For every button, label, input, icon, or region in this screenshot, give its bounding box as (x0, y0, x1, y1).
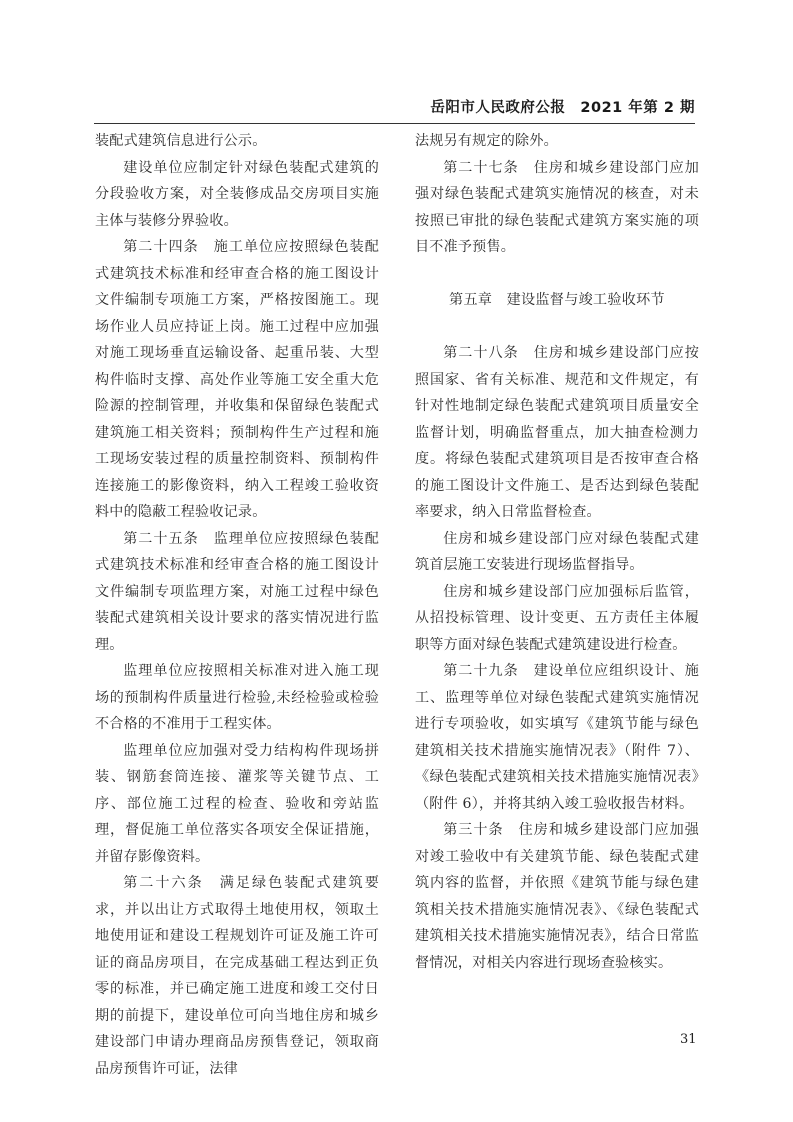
paragraph: 住房和城乡建设部门应加强标后监管，从招投标管理、设计变更、五方责任主体履职等方面… (415, 579, 699, 659)
chapter-heading: 第五章 建设监督与竣工验收环节 (415, 287, 699, 314)
paragraph: 住房和城乡建设部门应对绿色装配式建筑首层施工安装进行现场监督指导。 (415, 526, 699, 579)
paragraph: 法规另有规定的除外。 (415, 128, 699, 155)
article-26: 第二十六条 满足绿色装配式建筑要求，并以出让方式取得土地使用权，领取土地使用证和… (95, 870, 379, 1082)
paragraph: 监理单位应加强对受力结构构件现场拼装、钢筋套筒连接、灌浆等关键节点、工序、部位施… (95, 738, 379, 871)
header-rule (94, 123, 695, 124)
article-24: 第二十四条 施工单位应按照绿色装配式建筑技术标准和经审查合格的施工图设计文件编制… (95, 234, 379, 526)
left-column: 装配式建筑信息进行公示。 建设单位应制定针对绿色装配式建筑的分段验收方案，对全装… (95, 128, 379, 1082)
article-30: 第三十条 住房和城乡建设部门应加强对竣工验收中有关建筑节能、绿色装配式建筑内容的… (415, 817, 699, 976)
page-number: 31 (680, 1032, 697, 1047)
article-28: 第二十八条 住房和城乡建设部门应按照国家、省有关标准、规范和文件规定，有针对性地… (415, 340, 699, 526)
page-header: 岳阳市人民政府公报 2021 年第 2 期 (0, 96, 695, 120)
paragraph: 监理单位应按照相关标准对进入施工现场的预制构件质量进行检验,未经检验或检验不合格… (95, 658, 379, 738)
right-column: 法规另有规定的除外。 第二十七条 住房和城乡建设部门应加强对绿色装配式建筑实施情… (415, 128, 699, 976)
article-29: 第二十九条 建设单位应组织设计、施工、监理等单位对绿色装配式建筑实施情况进行专项… (415, 658, 699, 817)
article-25: 第二十五条 监理单位应按照绿色装配式建筑技术标准和经审查合格的施工图设计文件编制… (95, 526, 379, 659)
article-27: 第二十七条 住房和城乡建设部门应加强对绿色装配式建筑实施情况的核查，对未按照已审… (415, 155, 699, 261)
publication-title: 岳阳市人民政府公报 2021 年第 2 期 (430, 96, 695, 117)
paragraph: 建设单位应制定针对绿色装配式建筑的分段验收方案，对全装修成品交房项目实施主体与装… (95, 155, 379, 235)
paragraph: 装配式建筑信息进行公示。 (95, 128, 379, 155)
